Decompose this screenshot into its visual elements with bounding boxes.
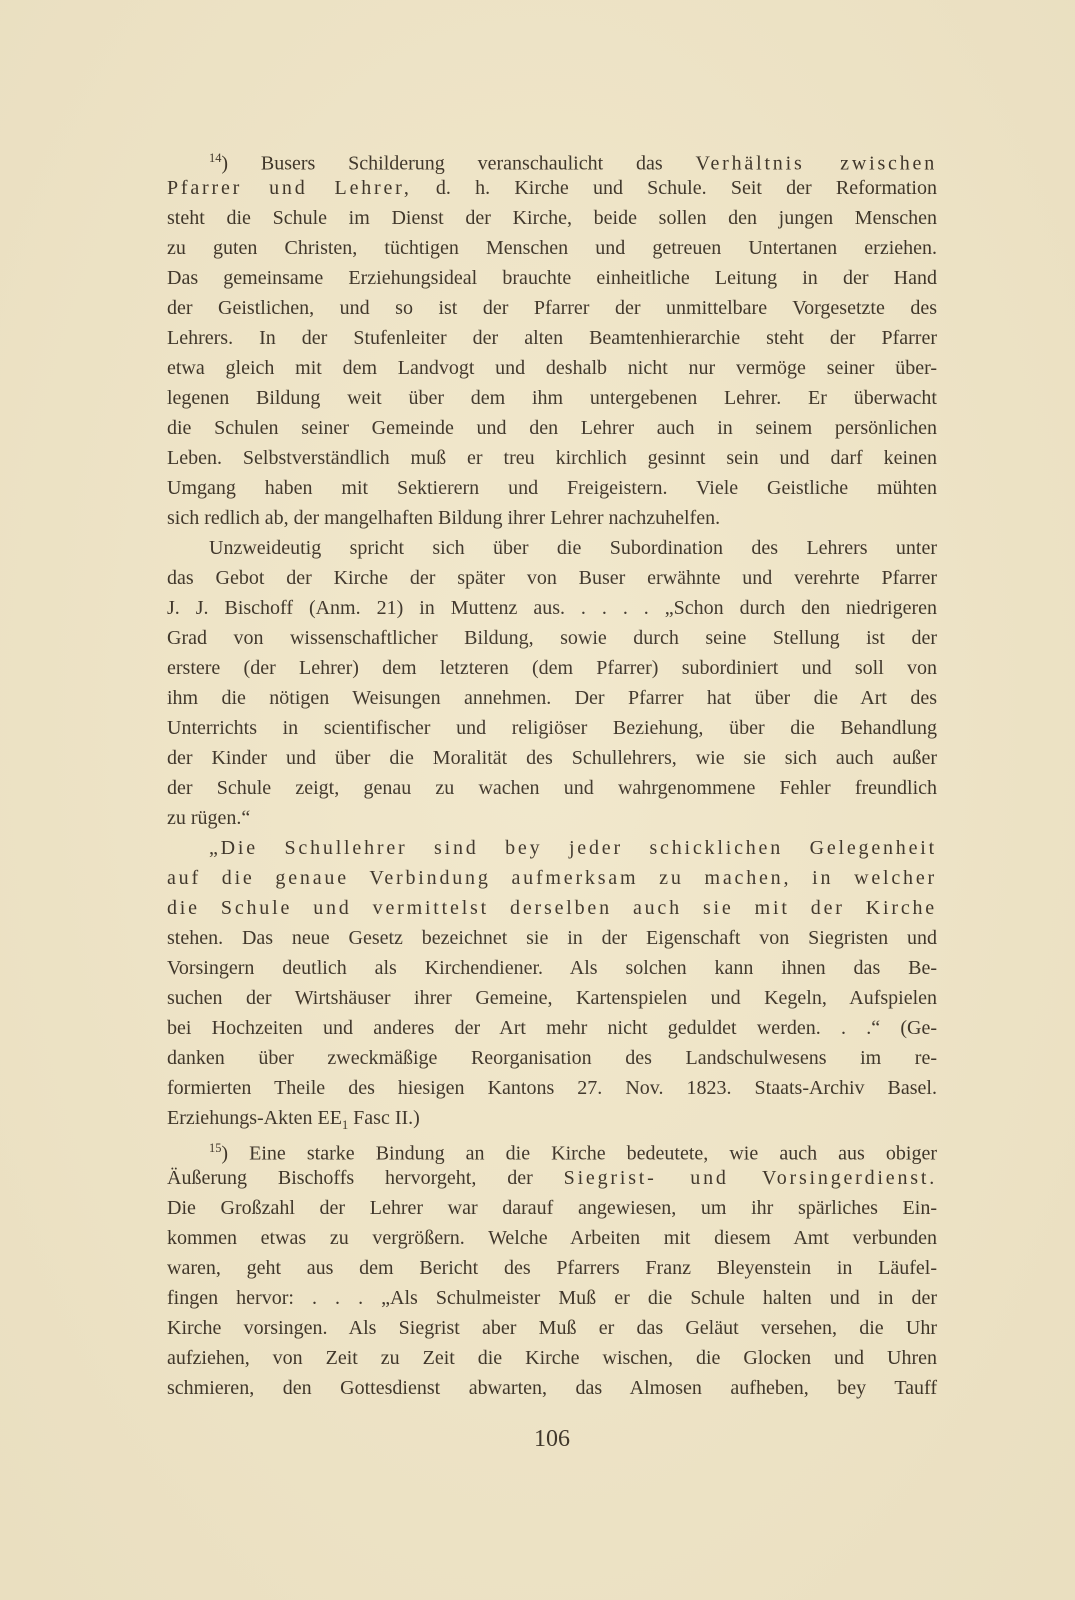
text-line: das Gebot der Kirche der später von Buse… — [167, 563, 937, 593]
text-line: Leben. Selbstverständlich muß er treu ki… — [167, 443, 937, 473]
text-line: Lehrers. In der Stufenleiter der alten B… — [167, 323, 937, 353]
text-line: der Geistlichen, und so ist der Pfarrer … — [167, 293, 937, 323]
text-line: der Kinder und über die Moralität des Sc… — [167, 743, 937, 773]
text-line: 15) Eine starke Bindung an die Kirche be… — [167, 1133, 937, 1163]
text-line: bei Hochzeiten und anderes der Art mehr … — [167, 1013, 937, 1043]
text-line: zu rügen.“ — [167, 803, 937, 833]
text-line: Grad von wissenschaftlicher Bildung, sow… — [167, 623, 937, 653]
text-line: etwa gleich mit dem Landvogt und deshalb… — [167, 353, 937, 383]
text-line: Äußerung Bischoffs hervorgeht, der Siegr… — [167, 1163, 937, 1193]
text-line: Pfarrer und Lehrer, d. h. Kirche und Sch… — [167, 173, 937, 203]
text-line: Kirche vorsingen. Als Siegrist aber Muß … — [167, 1313, 937, 1343]
text-line: die Schule und vermittelst derselben auc… — [167, 893, 937, 923]
text-line: legenen Bildung weit über dem ihm unterg… — [167, 383, 937, 413]
text-line: 14) Busers Schilderung veranschaulicht d… — [167, 143, 937, 173]
text-line: schmieren, den Gottesdienst abwarten, da… — [167, 1373, 937, 1403]
text-line: kommen etwas zu vergrößern. Welche Arbei… — [167, 1223, 937, 1253]
text-line: fingen hervor: . . . „Als Schulmeister M… — [167, 1283, 937, 1313]
text-block: 14) Busers Schilderung veranschaulicht d… — [167, 143, 937, 1403]
text-line: erstere (der Lehrer) dem letzteren (dem … — [167, 653, 937, 683]
text-line: danken über zweckmäßige Reorganisation d… — [167, 1043, 937, 1073]
text-line: ihm die nötigen Weisungen annehmen. Der … — [167, 683, 937, 713]
text-line: J. J. Bischoff (Anm. 21) in Muttenz aus.… — [167, 593, 937, 623]
text-line: die Schulen seiner Gemeinde und den Lehr… — [167, 413, 937, 443]
text-line: Vorsingern deutlich als Kirchendiener. A… — [167, 953, 937, 983]
text-line: sich redlich ab, der mangelhaften Bildun… — [167, 503, 937, 533]
page-number: 106 — [167, 1424, 937, 1454]
text-line: der Schule zeigt, genau zu wachen und wa… — [167, 773, 937, 803]
text-line: Die Großzahl der Lehrer war darauf angew… — [167, 1193, 937, 1223]
text-line: Das gemeinsame Erziehungsideal brauchte … — [167, 263, 937, 293]
text-line: zu guten Christen, tüchtigen Menschen un… — [167, 233, 937, 263]
text-line: waren, geht aus dem Bericht des Pfarrers… — [167, 1253, 937, 1283]
text-line: aufziehen, von Zeit zu Zeit die Kirche w… — [167, 1343, 937, 1373]
text-line: auf die genaue Verbindung aufmerksam zu … — [167, 863, 937, 893]
book-page: 14) Busers Schilderung veranschaulicht d… — [0, 0, 1075, 1600]
text-line: suchen der Wirtshäuser ihrer Gemeine, Ka… — [167, 983, 937, 1013]
text-line: stehen. Das neue Gesetz bezeichnet sie i… — [167, 923, 937, 953]
text-line: Unzweideutig spricht sich über die Subor… — [167, 533, 937, 563]
text-line: Umgang haben mit Sektierern und Freigeis… — [167, 473, 937, 503]
text-line: Unterrichts in scientifischer und religi… — [167, 713, 937, 743]
text-line: steht die Schule im Dienst der Kirche, b… — [167, 203, 937, 233]
text-line: formierten Theile des hiesigen Kantons 2… — [167, 1073, 937, 1103]
text-line: Erziehungs-Akten EE1 Fasc II.) — [167, 1103, 937, 1133]
text-line: „Die Schullehrer sind bey jeder schickli… — [167, 833, 937, 863]
